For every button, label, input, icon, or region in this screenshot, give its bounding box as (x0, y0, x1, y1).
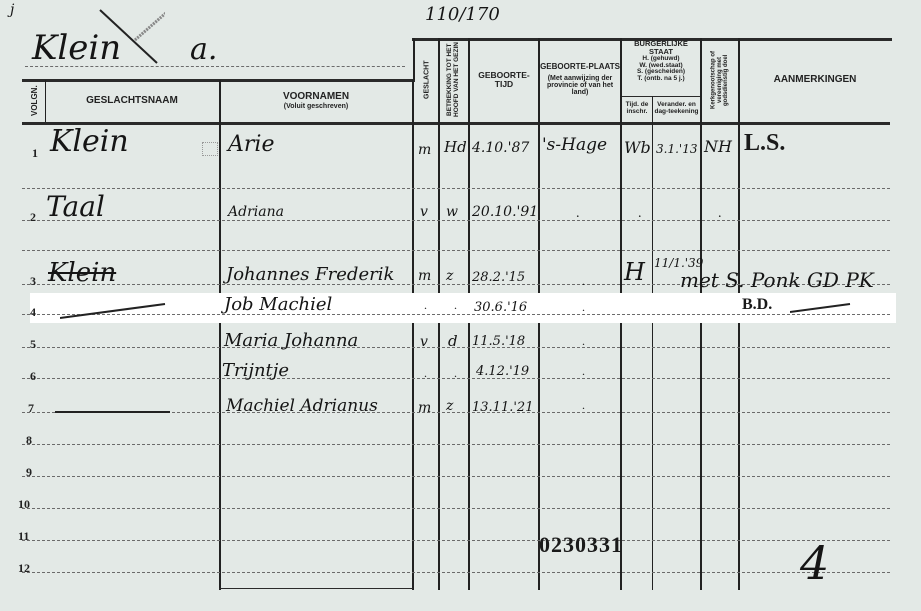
row-rule-9 (22, 476, 890, 477)
header-voornamen-label: VOORNAMEN (283, 92, 349, 103)
header-voornamen: VOORNAMEN (Voluit geschreven) (220, 82, 412, 120)
entry-sex: v (420, 334, 428, 350)
entry-remarks: B.D. (742, 296, 772, 314)
serial-number: 0230331 (539, 532, 623, 558)
entry-birth-place: 's-Hage (542, 135, 607, 155)
entry-relation: z (446, 268, 453, 284)
col-divider-bs-tijd (652, 96, 653, 590)
cross-out-mark-icon (95, 5, 165, 65)
entry-birth-date: 11.5.'18 (472, 334, 525, 349)
row-number: 8 (26, 433, 32, 448)
entry-sex: v (420, 204, 428, 220)
entry-given-names: Adriana (228, 204, 284, 220)
entry-birth-place: . (582, 300, 585, 315)
row-number: 7 (28, 401, 34, 416)
entry-birth-date: 4.10.'87 (472, 140, 529, 156)
row-rule-11 (22, 540, 890, 541)
header-voornamen-sub: (Voluit geschreven) (284, 103, 348, 110)
row-number: 1 (32, 146, 38, 161)
entry-surname: Klein (50, 124, 129, 159)
stamp-mark-icon (202, 142, 218, 156)
entry-remarks: L.S. (744, 130, 785, 157)
entry-religion: . (718, 206, 722, 222)
header-bs-verander: Verander. en dag-teekening (653, 97, 700, 121)
entry-given-names: Arie (228, 132, 274, 157)
header-geboorteplaats: GEBOORTE-PLAATS (Met aanwijzing der prov… (540, 40, 620, 120)
entry-sex: m (418, 268, 431, 284)
entry-birth-place: . (582, 334, 585, 349)
col-divider-volgnr (45, 80, 46, 122)
entry-sex: . (424, 298, 427, 313)
row-number: 2 (30, 210, 36, 225)
ditto-stroke-icon (60, 300, 170, 320)
entry-given-names: Maria Johanna (224, 330, 358, 351)
entry-sex: . (424, 366, 427, 381)
entry-birth-date: 30.6.'16 (474, 300, 527, 315)
row-number: 9 (26, 465, 32, 480)
entry-birth-place: . (582, 364, 585, 379)
header-kerkgenootschap: Kerkgenootschap of vereeniging met godsd… (702, 40, 738, 120)
header-geboorteplaats-sub: (Met aanwijzing der provincie of van het… (540, 75, 620, 97)
entry-birth-date: 4.12.'19 (476, 364, 529, 379)
entry-sex: m (418, 400, 431, 416)
family-initial: a. (190, 32, 217, 67)
entry-relation: w (446, 204, 458, 220)
row-rule-1 (22, 188, 890, 189)
entry-birth-date: 28.2.'15 (472, 270, 525, 285)
remarks-stroke-icon (790, 300, 860, 314)
header-geboortetijd: GEBOORTE-TIJD (470, 40, 538, 120)
header-bs-t: T. (ontb. na 5 j.) (622, 76, 700, 83)
corner-mark: j (10, 2, 14, 18)
row-rule-2b (22, 250, 890, 251)
entry-birth-date: 13.11.'21 (472, 400, 533, 415)
header-betrekking: BETREKKING TOT HET HOOFD VAN HET GEZIN (440, 40, 468, 120)
header-geslachtsnaam: GESLACHTSNAAM (46, 82, 218, 120)
header-geboorteplaats-label: GEBOORTE-PLAATS (540, 63, 620, 71)
row-rule-12 (22, 572, 890, 573)
entry-civil-status: . (638, 206, 642, 222)
header-bottom-border (22, 122, 890, 125)
col-divider-voornamen (412, 80, 414, 590)
row-rule-10 (22, 508, 890, 509)
row-number: 3 (30, 274, 36, 289)
entry-remarks: met S. Ponk GD PK (680, 268, 874, 292)
entry-relation: z (446, 398, 453, 414)
title-underline (25, 66, 405, 67)
entry-relation: Hd (444, 138, 467, 156)
ditto-stroke-icon (55, 402, 175, 416)
voornamen-bottom-border (219, 588, 413, 589)
page-mark: 4 (800, 536, 829, 590)
entry-relation: . (454, 366, 457, 381)
header-volgnr: VOLGN. (24, 82, 46, 120)
row-rule-2 (22, 220, 890, 221)
entry-civil-change: 3.1.'13 (656, 142, 697, 156)
col-divider-geslachtsnaam (219, 80, 221, 590)
header-aanmerkingen: AANMERKINGEN (740, 40, 890, 120)
entry-surname: Taal (46, 190, 105, 223)
entry-birth-place: . (582, 274, 585, 289)
entry-birth-date: 20.10.'91 (472, 204, 538, 220)
entry-surname: Klein (48, 258, 116, 288)
row-number: 5 (30, 337, 36, 352)
entry-sex: m (418, 142, 431, 158)
row-number: 10 (18, 497, 30, 512)
row-number: 11 (18, 529, 29, 544)
row-number: 6 (30, 369, 36, 384)
entry-civil-status: Wb (624, 138, 651, 157)
archive-number: 110/170 (425, 4, 500, 25)
row-number: 4 (30, 305, 36, 320)
entry-civil-status: H (624, 258, 645, 286)
entry-relation: d (448, 332, 458, 350)
header-bs-tijd: Tijd. de inschr. (622, 97, 652, 121)
row-rule-8 (22, 444, 890, 445)
header-geslacht: GESLACHT (416, 40, 438, 120)
entry-relation: . (454, 298, 457, 313)
entry-birth-place: . (576, 206, 580, 222)
header-burgerlijke-staat: BURGERLIJKE STAAT H. (gehuwd) W. (wed.st… (622, 40, 700, 95)
entry-given-names: Trijntje (222, 360, 289, 381)
header-step-border (413, 38, 415, 80)
entry-given-names: Machiel Adrianus (226, 396, 378, 416)
header-bs-label: BURGERLIJKE STAAT (622, 40, 700, 56)
entry-religion: NH (704, 137, 732, 156)
row-number: 12 (18, 561, 30, 576)
entry-given-names: Job Machiel (224, 294, 332, 315)
entry-given-names: Johannes Frederik (226, 264, 394, 285)
entry-birth-place: . (582, 398, 585, 413)
